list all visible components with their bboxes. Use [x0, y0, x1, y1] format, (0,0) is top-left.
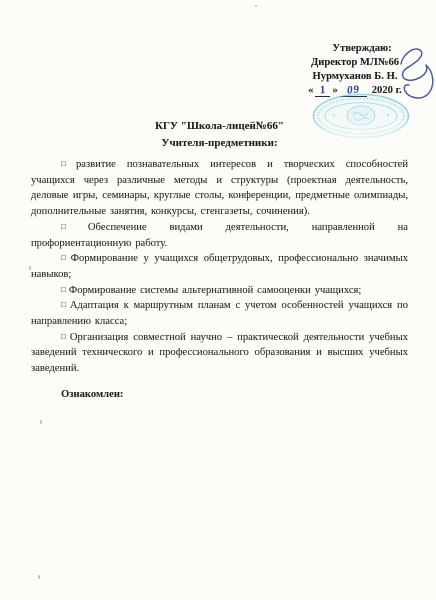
list-item-text: развитие познавательных интересов и твор… — [31, 159, 408, 217]
list-item-text: Формирование у учащихся общетрудовых, пр… — [31, 253, 408, 280]
list-item: □Формирование системы альтернативной сам… — [31, 283, 408, 299]
checkbox-bullet-icon: □ — [61, 159, 73, 168]
list-item: □Организация совместной научно – практич… — [31, 330, 408, 377]
checkbox-bullet-icon: □ — [61, 222, 85, 231]
signature-ink — [383, 42, 436, 104]
list-item-text: Обеспечение видами деятельности, направл… — [31, 222, 408, 249]
list-item: □Формирование у учащихся общетрудовых, п… — [31, 251, 408, 282]
list-item: □развитие познавательных интересов и тво… — [31, 157, 408, 220]
acknowledged-label: Ознакомлен: — [31, 387, 408, 403]
checkbox-bullet-icon: □ — [61, 253, 68, 262]
scan-artifact — [38, 575, 40, 579]
document-body: □развитие познавательных интересов и тво… — [31, 157, 408, 403]
title-org-name: КГУ "Школа-лицей№66" — [31, 118, 408, 135]
document-title: КГУ "Школа-лицей№66" Учителя-предметники… — [31, 118, 408, 151]
document-page: Утверждаю: Директор МЛ№66 Нурмуханов Б. … — [0, 0, 436, 600]
list-item-text: Организация совместной научно – практиче… — [31, 332, 408, 374]
list-item: □Обеспечение видами деятельности, направ… — [31, 220, 408, 251]
title-subject: Учителя-предметники: — [31, 135, 408, 152]
scan-artifact — [255, 5, 257, 7]
list-item-text: Адаптация к маршрутным планам с учетом о… — [31, 300, 408, 327]
checkbox-bullet-icon: □ — [61, 300, 67, 309]
checkbox-bullet-icon: □ — [61, 285, 66, 294]
scan-artifact — [40, 420, 42, 424]
list-item: □Адаптация к маршрутным планам с учетом … — [31, 298, 408, 329]
checkbox-bullet-icon: □ — [61, 332, 67, 341]
list-item-text: Формирование системы альтернативной само… — [69, 285, 362, 296]
